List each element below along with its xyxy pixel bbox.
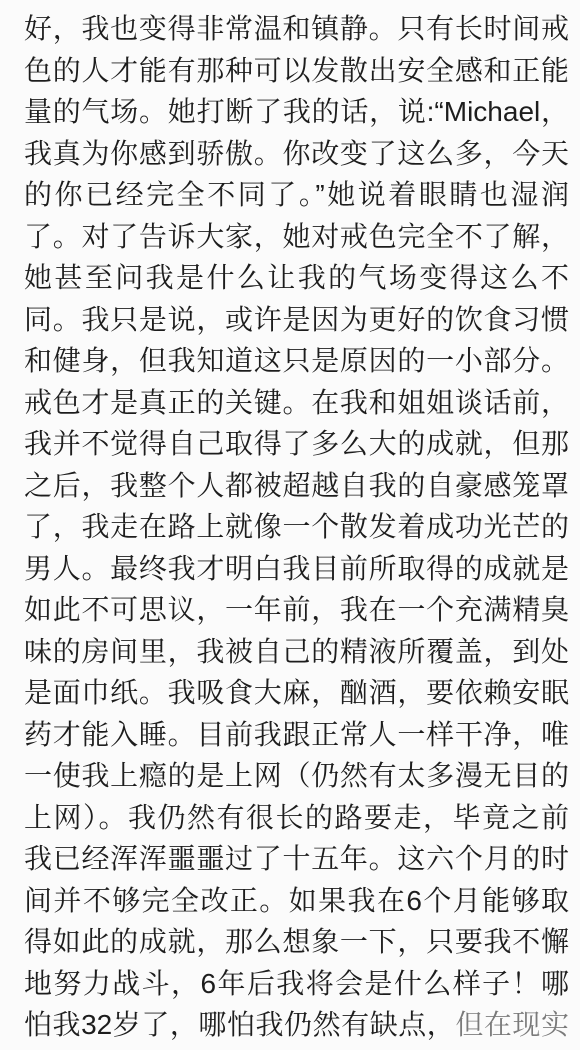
text-line: 味的房间里，我被自己的精液所覆盖，到处 (24, 631, 569, 673)
text-line: 量的气场。她打断了我的话，说:“Michael， (24, 91, 569, 133)
text-line: 怕我32岁了，哪怕我仍然有缺点，但在现实 (24, 1004, 569, 1046)
text-line-faded: 但在现实 (455, 1009, 569, 1040)
text-line: 男人。最终我才明白我目前所取得的成就是 (24, 548, 569, 590)
text-line: 同。我只是说，或许是因为更好的饮食习惯 (24, 299, 569, 341)
article-text: 好，我也变得非常温和镇静。只有长时间戒色的人才能有那种可以发散出安全感和正能量的… (0, 0, 580, 1046)
text-line: 如此不可思议，一年前，我在一个充满精臭 (24, 589, 569, 631)
text-line: 是面巾纸。我吸食大麻，酗酒，要依赖安眠 (24, 672, 569, 714)
text-line: 得如此的成就，那么想象一下，只要我不懈 (24, 921, 569, 963)
text-line: 一使我上瘾的是上网（仍然有太多漫无目的 (24, 755, 569, 797)
text-line: 地努力战斗，6年后我将会是什么样子！哪 (24, 963, 569, 1005)
text-line: 好，我也变得非常温和镇静。只有长时间戒 (24, 8, 569, 50)
text-line: 之后，我整个人都被超越自我的自豪感笼罩 (24, 465, 569, 507)
text-line: 上网）。我仍然有很长的路要走，毕竟之前 (24, 797, 569, 839)
text-line: 间并不够完全改正。如果我在6个月能够取 (24, 880, 569, 922)
text-line: 她甚至问我是什么让我的气场变得这么不 (24, 257, 569, 299)
text-line: 我已经浑浑噩噩过了十五年。这六个月的时 (24, 838, 569, 880)
text-line: 色的人才能有那种可以发散出安全感和正能 (24, 50, 569, 92)
text-line: 我并不觉得自己取得了多么大的成就，但那 (24, 423, 569, 465)
text-line: 药才能入睡。目前我跟正常人一样干净，唯 (24, 714, 569, 756)
text-line: 戒色才是真正的关键。在我和姐姐谈话前， (24, 382, 569, 424)
text-line: 了。对了告诉大家，她对戒色完全不了解， (24, 216, 569, 258)
text-line: 和健身，但我知道这只是原因的一小部分。 (24, 340, 569, 382)
text-line: 的你已经完全不同了。”她说着眼睛也湿润 (24, 174, 569, 216)
text-line: 了，我走在路上就像一个散发着成功光芒的 (24, 506, 569, 548)
text-line: 我真为你感到骄傲。你改变了这么多，今天 (24, 133, 569, 175)
text-line-solid: 怕我32岁了，哪怕我仍然有缺点， (24, 1009, 455, 1040)
reader-page[interactable]: 好，我也变得非常温和镇静。只有长时间戒色的人才能有那种可以发散出安全感和正能量的… (0, 0, 580, 1050)
